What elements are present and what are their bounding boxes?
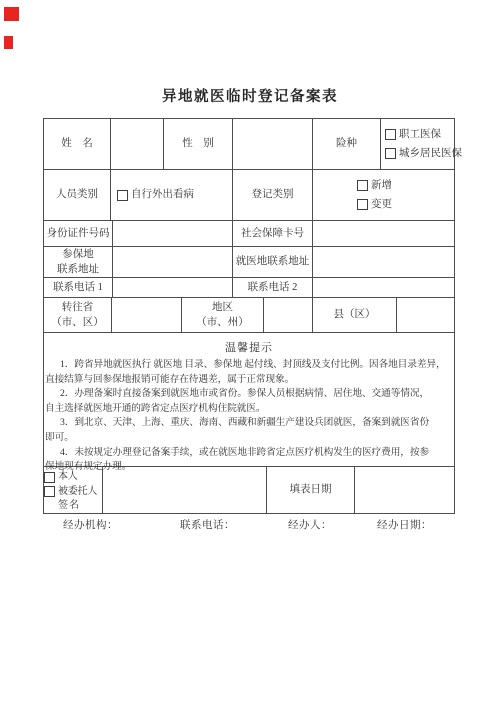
phone1-label: 联系电话 1 (53, 281, 103, 295)
handling-date-label: 经办日期： (377, 517, 432, 532)
insured-addr-label-line2: 联系地址 (57, 262, 99, 277)
insurance-label: 险种 (336, 137, 357, 151)
county-value-cell (397, 298, 454, 332)
ss-card-label-cell: 社会保障卡号 (233, 221, 313, 246)
province-label-line1: 转往省 (51, 300, 104, 315)
registration-form-table: 姓 名 性 别 险种 职工医保 城乡居民医保 人员类 (43, 118, 455, 514)
insured-addr-value-cell (113, 247, 233, 277)
checkbox-icon (385, 129, 396, 140)
province-value-cell (112, 298, 182, 332)
document-page: 异地就医临时登记备案表 姓 名 性 别 险种 职工医保 城乡居民医保 (0, 0, 500, 708)
row-id-sscard: 身份证件号码 社会保障卡号 (44, 221, 454, 247)
phone1-label-cell: 联系电话 1 (44, 278, 113, 297)
notice-line: 4．未按规定办理登记备案手续，或在就医地非跨省定点医疗机构发生的医疗费用，按参 (45, 446, 453, 461)
name-label: 姓 名 (61, 137, 93, 151)
gender-value-cell (233, 119, 313, 169)
checkbox-icon (385, 148, 396, 159)
row-notice: 温馨提示 1．跨省异地就医执行 就医地 目录、参保地 起付线、封顶线及支付比例。… (44, 333, 454, 467)
person-type-label-cell: 人员类别 (44, 170, 111, 220)
row-person-reg-type: 人员类别 自行外出看病 登记类别 新增 变更 (44, 170, 454, 221)
checkbox-icon (44, 472, 55, 483)
checkbox-icon (357, 199, 368, 210)
phone1-value-cell (113, 278, 233, 297)
name-label-cell: 姓 名 (44, 119, 111, 169)
treatment-addr-label-cell: 就医地联系地址 (233, 247, 313, 277)
option-resident-insurance: 城乡居民医保 (385, 147, 462, 161)
treatment-addr-value-cell (313, 247, 454, 277)
notice-line: 直接结算与回参保地报销可能存在待遇差，属于正常现象。 (45, 373, 453, 388)
gender-label: 性 别 (182, 137, 214, 151)
option-change: 变更 (357, 198, 392, 212)
fill-date-value-cell (355, 467, 454, 513)
reg-type-label: 登记类别 (252, 188, 294, 202)
region-label-line2: （市、州） (196, 315, 249, 330)
signer-options-cell: 本人 被委托人 签名 (44, 467, 103, 513)
county-label: 县（区） (334, 308, 376, 322)
option-label: 城乡居民医保 (399, 147, 462, 161)
fill-date-label: 填表日期 (290, 483, 332, 497)
insurance-options-cell: 职工医保 城乡居民医保 (381, 119, 462, 169)
notice-line: 2．办理备案时直接备案到就医地市或省份。参保人员根据病情、居住地、交通等情况， (45, 387, 453, 402)
red-stamp-artifact-bottom (4, 36, 13, 49)
ss-card-label: 社会保障卡号 (241, 227, 304, 241)
phone2-label-cell: 联系电话 2 (233, 278, 313, 297)
option-label: 被委托人 (58, 485, 97, 500)
treatment-addr-label: 就医地联系地址 (236, 255, 310, 269)
contact-phone-label: 联系电话： (180, 517, 235, 532)
row-name-gender-insurance: 姓 名 性 别 险种 职工医保 城乡居民医保 (44, 119, 454, 170)
sign-label: 签名 (44, 499, 80, 514)
person-type-label: 人员类别 (56, 188, 98, 202)
option-new: 新增 (357, 179, 392, 193)
notice-line: 即可。 (45, 431, 453, 446)
row-signature: 本人 被委托人 签名 填表日期 (44, 467, 454, 513)
fill-date-label-cell: 填表日期 (267, 467, 355, 513)
province-label-line2: （市、区） (51, 315, 104, 330)
option-self-outgoing: 自行外出看病 (117, 188, 194, 202)
row-addresses: 参保地 联系地址 就医地联系地址 (44, 247, 454, 278)
option-label: 新增 (371, 179, 392, 193)
phone2-label: 联系电话 2 (248, 281, 298, 295)
id-number-value-cell (113, 221, 233, 246)
notice-cell: 温馨提示 1．跨省异地就医执行 就医地 目录、参保地 起付线、封顶线及支付比例。… (44, 333, 454, 466)
option-label: 变更 (371, 198, 392, 212)
notice-line: 3．到北京、天津、上海、重庆、海南、西藏和新疆生产建设兵团就医，备案到就医省份 (45, 416, 453, 431)
option-entrusted-signer: 被委托人 (44, 485, 97, 500)
region-value-cell (264, 298, 313, 332)
reg-type-label-cell: 登记类别 (233, 170, 313, 220)
notice-title: 温馨提示 (45, 341, 453, 355)
option-label: 本人 (58, 470, 78, 485)
notice-line: 1．跨省异地就医执行 就医地 目录、参保地 起付线、封顶线及支付比例。因各地目录… (45, 358, 453, 373)
row-destination: 转往省 （市、区） 地区 （市、州） 县（区） (44, 298, 454, 333)
option-label: 职工医保 (399, 128, 441, 142)
option-employee-insurance: 职工医保 (385, 128, 462, 142)
phone2-value-cell (313, 278, 454, 297)
province-label-cell: 转往省 （市、区） (44, 298, 112, 332)
row-phones: 联系电话 1 联系电话 2 (44, 278, 454, 298)
id-number-label-cell: 身份证件号码 (44, 221, 113, 246)
county-label-cell: 县（区） (313, 298, 397, 332)
region-label-cell: 地区 （市、州） (182, 298, 264, 332)
checkbox-icon (357, 180, 368, 191)
person-type-option-cell: 自行外出看病 (111, 170, 233, 220)
agency-label: 经办机构： (63, 517, 118, 532)
checkbox-icon (117, 190, 128, 201)
operator-label: 经办人： (288, 517, 332, 532)
id-number-label: 身份证件号码 (47, 227, 110, 241)
notice-line: 自主选择就医地开通的跨省定点医疗机构住院就医。 (45, 402, 453, 417)
red-stamp-artifact-top (4, 7, 19, 21)
checkbox-icon (44, 486, 55, 497)
handling-footer: 经办机构： 联系电话： 经办人： 经办日期： (43, 517, 456, 533)
option-self-signer: 本人 (44, 470, 78, 485)
insurance-label-cell: 险种 (313, 119, 381, 169)
reg-type-options-cell: 新增 变更 (313, 170, 454, 220)
option-label: 自行外出看病 (131, 188, 194, 202)
insured-addr-label-line1: 参保地 (57, 247, 99, 262)
gender-label-cell: 性 别 (164, 119, 233, 169)
signature-value-cell (103, 467, 267, 513)
insured-addr-label-cell: 参保地 联系地址 (44, 247, 113, 277)
region-label-line1: 地区 (196, 300, 249, 315)
form-title: 异地就医临时登记备案表 (0, 85, 500, 106)
ss-card-value-cell (313, 221, 454, 246)
name-value-cell (111, 119, 164, 169)
